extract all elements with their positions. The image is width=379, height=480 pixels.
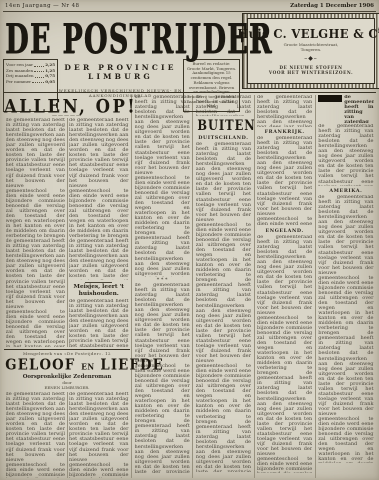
office-notice-box: Bureel en redactie: Groote Markt, Tonger… bbox=[183, 59, 240, 112]
issue-line: 14en Jaargang — Nr 48 bbox=[5, 3, 79, 9]
body-text: de gemeenteraad heeft in zitting van zat… bbox=[318, 195, 373, 463]
body-columns: ALLEN, OP! ————— de gemeenteraad heeft i… bbox=[3, 95, 376, 478]
column-4: de gemeenteraad heeft in zitting van zat… bbox=[192, 95, 253, 478]
dotted-leader bbox=[35, 77, 45, 78]
advert-title: Huis C. VELGHE & Cie bbox=[237, 26, 379, 41]
date-line: Zaterdag 1 December 1906 bbox=[290, 3, 374, 9]
column-3: de gemeenteraad heeft in zitting van zat… bbox=[131, 95, 192, 478]
body-text: de gemeenteraad heeft in zitting van zat… bbox=[257, 235, 312, 473]
masthead-left: DE POSTRIJDER Voor een jaar 2,25 Zes maa… bbox=[3, 13, 240, 89]
ornament-icon: –◆– bbox=[304, 55, 318, 62]
column-2-text: de gemeenteraad heeft in zitting van zat… bbox=[67, 118, 131, 347]
body-text: de gemeenteraad heeft in zitting van zat… bbox=[6, 118, 66, 347]
newspaper-page: 14en Jaargang — Nr 48 Zaterdag 1 Decembe… bbox=[0, 0, 379, 480]
column-group-1-2: ALLEN, OP! ————— de gemeenteraad heeft i… bbox=[3, 95, 131, 478]
black-mark-icon bbox=[318, 95, 342, 102]
body-text: de gemeenteraad heeft in zitting van zat… bbox=[69, 118, 129, 280]
subhead-amerika: AMERIKA. bbox=[318, 188, 373, 194]
body-text: de gemeenteraad heeft in zitting van zat… bbox=[69, 299, 129, 347]
top-info-bar: 14en Jaargang — Nr 48 Zaterdag 1 Decembe… bbox=[3, 2, 376, 12]
headline-allen-op: ALLEN, OP! bbox=[4, 95, 130, 117]
newspaper-title: DE POSTRIJDER bbox=[5, 14, 198, 67]
feuilleton-title: GELOOF EN LIEFDE bbox=[5, 356, 128, 374]
masthead: DE POSTRIJDER Voor een jaar 2,25 Zes maa… bbox=[3, 13, 376, 89]
meisjes-subheadline: Meisjes, leert 't huishouden. bbox=[69, 284, 129, 298]
price-value: 0,05 bbox=[45, 79, 55, 85]
body-text: de gemeenteraad heeft in zitting van zat… bbox=[257, 95, 312, 127]
feuilleton-title-en: EN bbox=[81, 362, 94, 372]
price-label: Per nummer bbox=[6, 79, 31, 85]
subhead-duitschland: DUITSCHLAND. bbox=[196, 135, 251, 141]
column-1-text: de gemeenteraad heeft in zitting van zat… bbox=[4, 118, 67, 347]
column-5: de gemeenteraad heeft in zitting van zat… bbox=[254, 95, 315, 478]
body-text: de gemeenteraad heeft in zitting van zat… bbox=[135, 95, 190, 277]
subhead-frankrijk: FRANKRIJK. bbox=[257, 129, 312, 135]
subhead-engeland: ENGELAND. bbox=[257, 228, 312, 234]
feuilleton-section: Mengelwerk van «De Postrijder». 12 GELOO… bbox=[4, 349, 130, 478]
notice-bold-text: de gemeenteraad heeft in zitting van zat… bbox=[344, 95, 373, 123]
buitenland-header: BUITENLAND bbox=[197, 117, 249, 134]
advert-footer-line2: VOOR HET WINTERSEIZOEN. bbox=[269, 70, 353, 76]
column-6: de gemeenteraad heeft in zitting van zat… bbox=[315, 95, 376, 478]
allen-op-article: de gemeenteraad heeft in zitting van zat… bbox=[4, 118, 130, 347]
body-text: de gemeenteraad heeft in zitting van zat… bbox=[257, 136, 312, 226]
price-row: Per nummer 0,05 bbox=[6, 79, 55, 85]
feuilleton-col-1: de gemeenteraad heeft in zitting van zat… bbox=[4, 392, 67, 478]
dotted-leader bbox=[34, 71, 44, 72]
black-notice: de gemeenteraad heeft in zitting van zat… bbox=[318, 95, 373, 123]
body-text: de gemeenteraad heeft in zitting van zat… bbox=[69, 392, 129, 478]
body-text: de gemeenteraad heeft in zitting van zat… bbox=[6, 392, 66, 478]
feuilleton-col-2: de gemeenteraad heeft in zitting van zat… bbox=[67, 392, 131, 478]
small-rule bbox=[85, 282, 112, 283]
body-text: de gemeenteraad heeft in zitting van zat… bbox=[318, 124, 373, 186]
advert-address-line2: Tongeren. bbox=[301, 47, 321, 52]
dotted-leader bbox=[32, 82, 44, 83]
feuilleton-body: de gemeenteraad heeft in zitting van zat… bbox=[4, 392, 130, 478]
body-text: de gemeenteraad heeft in zitting van zat… bbox=[135, 283, 190, 473]
feuilleton-author: EENEN LIMBURGER. bbox=[4, 385, 130, 390]
body-text: de gemeenteraad heeft in zitting van zat… bbox=[196, 142, 251, 472]
